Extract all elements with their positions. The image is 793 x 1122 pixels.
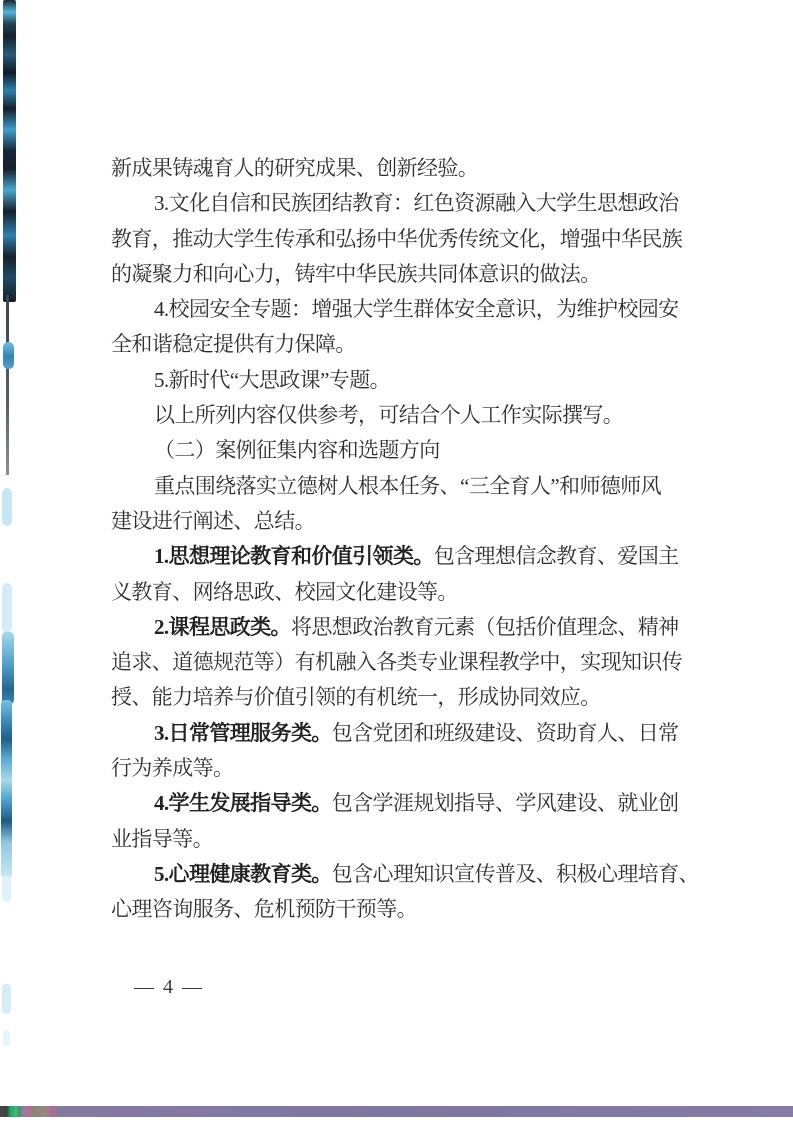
line-text: （二）案例征集内容和选题方向 bbox=[154, 438, 440, 462]
scan-artifact-cyan-smudge bbox=[2, 984, 11, 1014]
line-text: 包含党团和班级建设、资助育人、日常 bbox=[332, 721, 679, 745]
scan-artifact-left-line bbox=[6, 295, 9, 475]
text-line: 4.学生发展指导类。包含学涯规划指导、学风建设、就业创 bbox=[111, 786, 689, 821]
text-line: 2.课程思政类。将思想政治教育元素（包括价值理念、精神 bbox=[111, 610, 689, 645]
category-heading: 1.思想理论教育和价值引领类。 bbox=[154, 544, 434, 568]
scan-artifact-left-strip bbox=[3, 0, 16, 302]
text-line: 的凝聚力和向心力，铸牢中华民族共同体意识的做法。 bbox=[111, 257, 689, 292]
text-line: 授、能力培养与价值引领的有机统一，形成协同效应。 bbox=[111, 680, 689, 715]
scanned-document-page: 新成果铸魂育人的研究成果、创新经验。3.文化自信和民族团结教育：红色资源融入大学… bbox=[0, 0, 793, 1122]
text-line: 5.心理健康教育类。包含心理知识宣传普及、积极心理培育、 bbox=[111, 857, 689, 892]
text-line: 义教育、网络思政、校园文化建设等。 bbox=[111, 575, 689, 610]
line-text: 全和谐稳定提供有力保障。 bbox=[111, 332, 356, 356]
line-text: 业指导等。 bbox=[111, 827, 213, 851]
line-text: 义教育、网络思政、校园文化建设等。 bbox=[111, 580, 458, 604]
line-text: 包含学涯规划指导、学风建设、就业创 bbox=[332, 791, 679, 815]
text-line: 业指导等。 bbox=[111, 822, 689, 857]
line-text: 包含心理知识宣传普及、积极心理培育、 bbox=[332, 862, 699, 886]
page-number: — 4 — bbox=[134, 976, 204, 999]
line-text: 心理咨询服务、危机预防干预等。 bbox=[111, 897, 417, 921]
line-text: 4.校园安全专题：增强大学生群体安全意识，为维护校园安 bbox=[154, 297, 679, 321]
scan-artifact-cyan-smudge bbox=[2, 488, 12, 526]
text-line: 重点围绕落实立德树人根本任务、“三全育人”和师德师风 bbox=[111, 469, 689, 504]
scan-artifact-blue-blob bbox=[3, 342, 14, 369]
text-line: 新成果铸魂育人的研究成果、创新经验。 bbox=[111, 151, 689, 186]
line-text: 包含理想信念教育、爱国主 bbox=[434, 544, 679, 568]
text-line: 教育，推动大学生传承和弘扬中华优秀传统文化，增强中华民族 bbox=[111, 222, 689, 257]
line-text: 教育，推动大学生传承和弘扬中华优秀传统文化，增强中华民族 bbox=[111, 227, 682, 251]
line-text: 3.文化自信和民族团结教育：红色资源融入大学生思想政治 bbox=[154, 191, 679, 215]
text-line: 4.校园安全专题：增强大学生群体安全意识，为维护校园安 bbox=[111, 292, 689, 327]
category-heading: 3.日常管理服务类。 bbox=[154, 721, 332, 745]
line-text: 将思想政治教育元素（包括价值理念、精神 bbox=[291, 615, 679, 639]
scan-artifact-blue-blob bbox=[2, 632, 14, 704]
line-text: 行为养成等。 bbox=[111, 756, 233, 780]
line-text: 5.新时代“大思政课”专题。 bbox=[154, 368, 390, 392]
text-line: （二）案例征集内容和选题方向 bbox=[111, 433, 689, 468]
scan-artifact-cyan-smudge bbox=[2, 876, 11, 902]
scan-artifact-cyan-smudge bbox=[2, 583, 12, 633]
scan-artifact-blue-column bbox=[1, 700, 12, 878]
line-text: 重点围绕落实立德树人根本任务、“三全育人”和师德师风 bbox=[154, 474, 661, 498]
text-line: 以上所列内容仅供参考，可结合个人工作实际撰写。 bbox=[111, 398, 689, 433]
text-line: 1.思想理论教育和价值引领类。包含理想信念教育、爱国主 bbox=[111, 539, 689, 574]
category-heading: 2.课程思政类。 bbox=[154, 615, 291, 639]
line-text: 建设进行阐述、总结。 bbox=[111, 509, 315, 533]
line-text: 的凝聚力和向心力，铸牢中华民族共同体意识的做法。 bbox=[111, 262, 601, 286]
text-line: 心理咨询服务、危机预防干预等。 bbox=[111, 892, 689, 927]
category-heading: 4.学生发展指导类。 bbox=[154, 791, 332, 815]
document-body-text: 新成果铸魂育人的研究成果、创新经验。3.文化自信和民族团结教育：红色资源融入大学… bbox=[111, 151, 689, 928]
text-line: 行为养成等。 bbox=[111, 751, 689, 786]
text-line: 追求、道德规范等）有机融入各类专业课程教学中，实现知识传 bbox=[111, 645, 689, 680]
line-text: 授、能力培养与价值引领的有机统一，形成协同效应。 bbox=[111, 685, 601, 709]
line-text: 以上所列内容仅供参考，可结合个人工作实际撰写。 bbox=[154, 403, 623, 427]
line-text: 新成果铸魂育人的研究成果、创新经验。 bbox=[111, 156, 478, 180]
text-line: 3.文化自信和民族团结教育：红色资源融入大学生思想政治 bbox=[111, 186, 689, 221]
text-line: 建设进行阐述、总结。 bbox=[111, 504, 689, 539]
scan-artifact-bottom-band bbox=[0, 1106, 793, 1117]
text-line: 5.新时代“大思政课”专题。 bbox=[111, 363, 689, 398]
text-line: 3.日常管理服务类。包含党团和班级建设、资助育人、日常 bbox=[111, 716, 689, 751]
text-line: 全和谐稳定提供有力保障。 bbox=[111, 327, 689, 362]
line-text: 追求、道德规范等）有机融入各类专业课程教学中，实现知识传 bbox=[111, 650, 682, 674]
scan-artifact-cyan-smudge bbox=[3, 1030, 10, 1046]
category-heading: 5.心理健康教育类。 bbox=[154, 862, 332, 886]
